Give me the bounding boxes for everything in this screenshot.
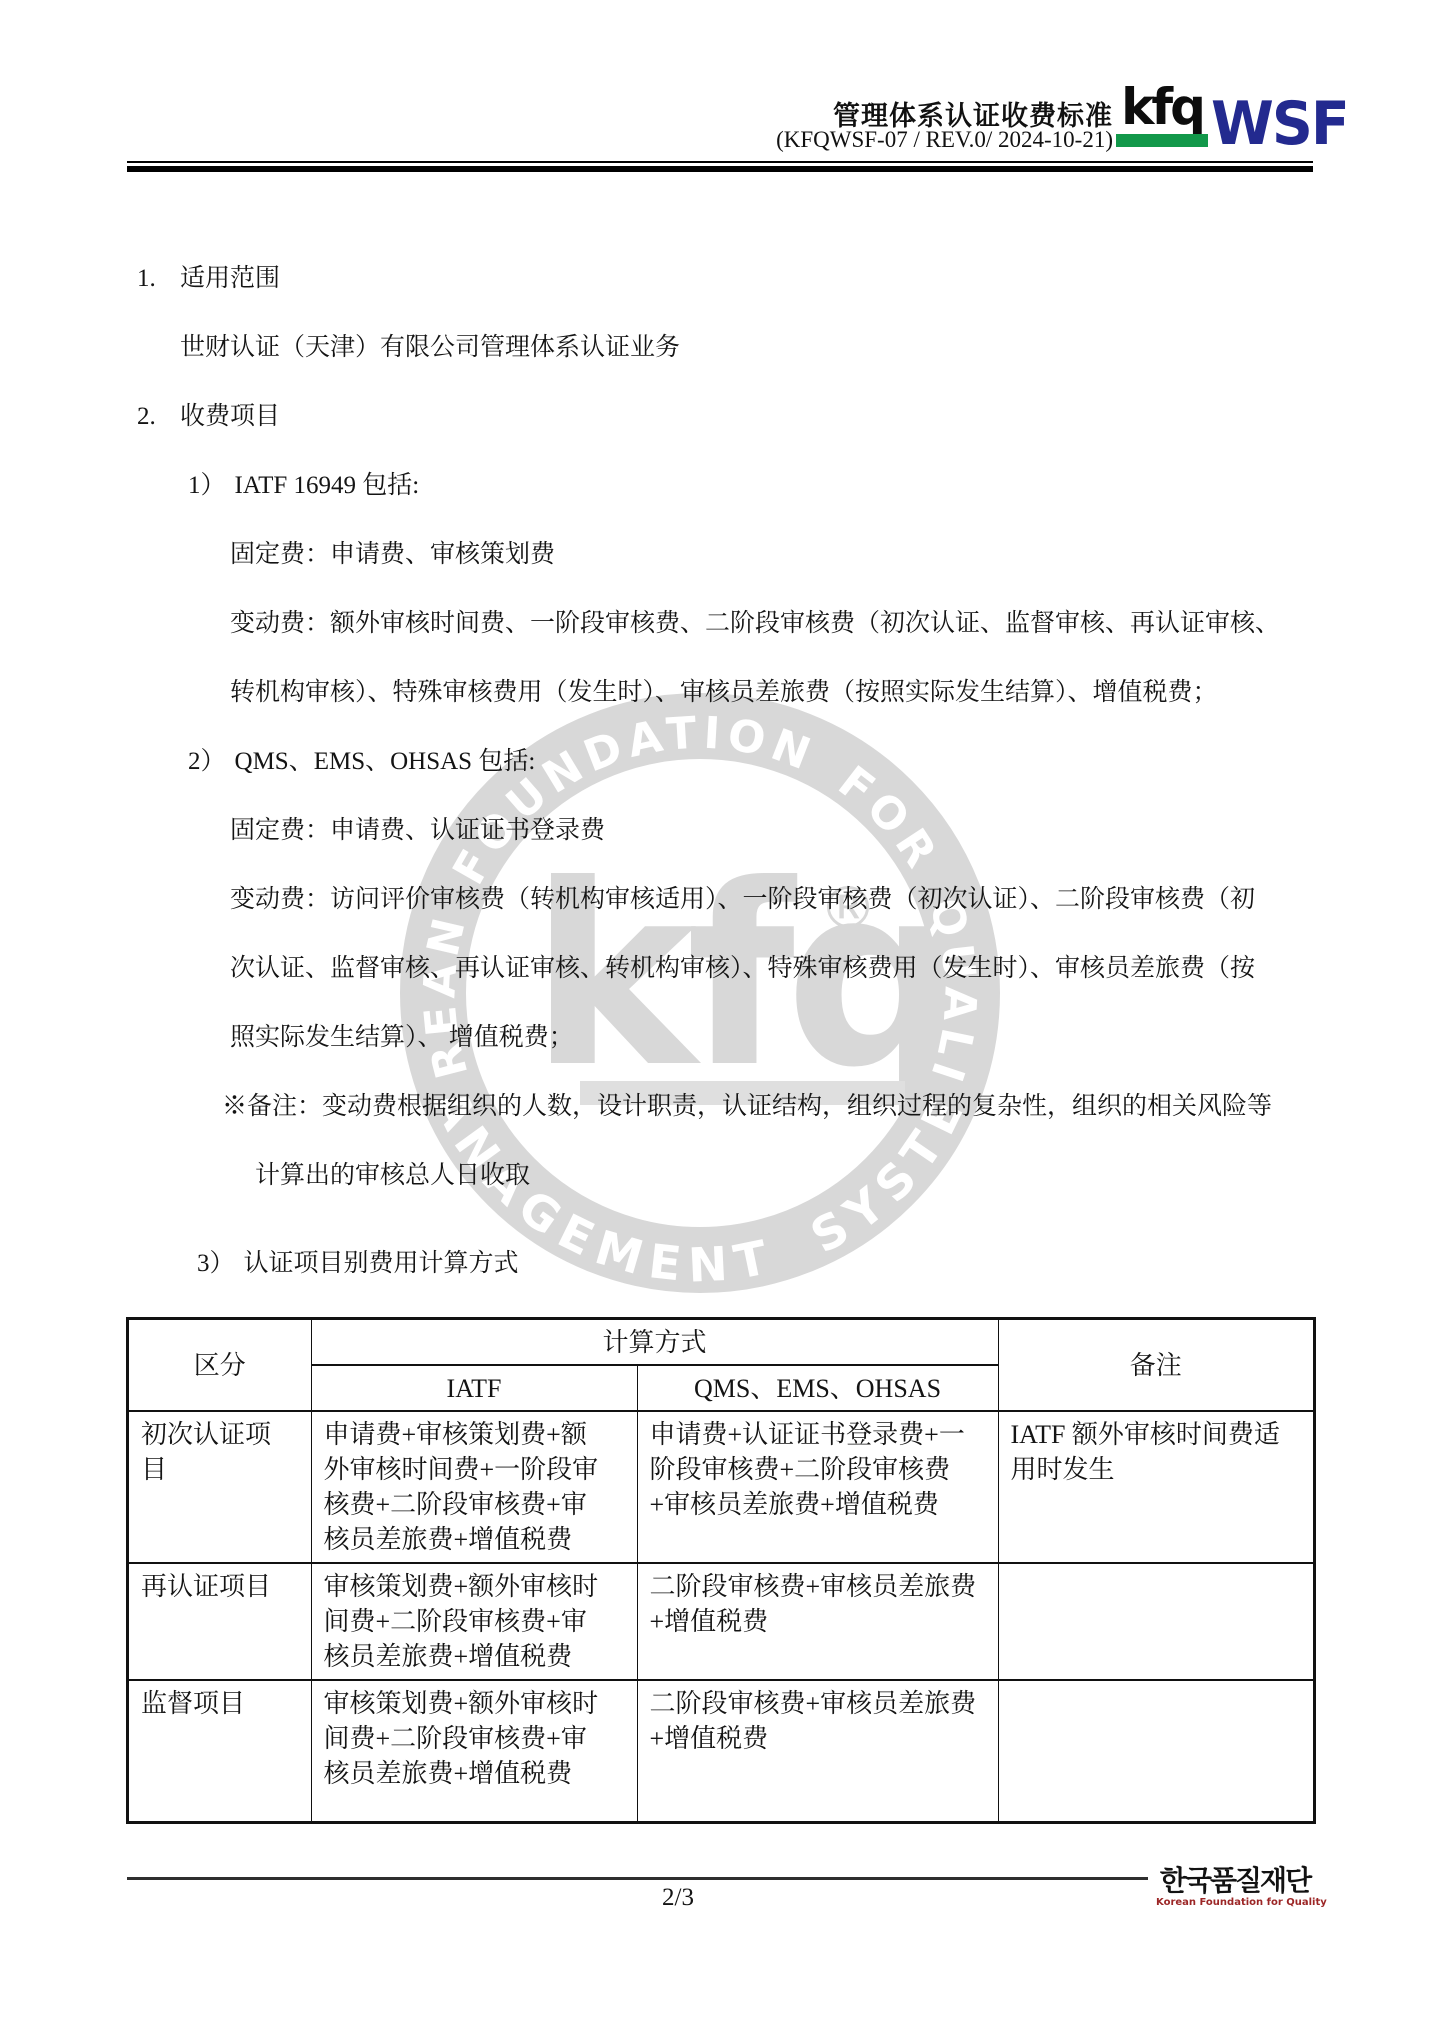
kfq-logo-text: kfq — [1121, 84, 1203, 130]
row1-category-cell: 初次认证项目 — [128, 1411, 311, 1563]
document-reference: (KFQWSF-07 / REV.0/ 2024-10-21) — [776, 127, 1113, 153]
remark-note-line2: 计算出的审核总人日收取 — [255, 1159, 530, 1193]
item-1-variable-fee-line1: 变动费：额外审核时间费、一阶段审核费、二阶段审核费（初次认证、监督审核、再认证审… — [230, 607, 1280, 641]
item-1-heading: 1）IATF 16949 包括: — [188, 469, 419, 503]
korean-foundation-logo-korean-text: 한국품질재단 — [1156, 1867, 1314, 1895]
section-1-title: 适用范围 — [180, 265, 280, 292]
item-1-fixed-fee: 固定费：申请费、审核策划费 — [230, 538, 555, 572]
section-2-heading: 2.收费项目 — [137, 400, 280, 434]
row3-category-cell: 监督项目 — [128, 1680, 311, 1822]
kfq-watermark-seal: kfq ® KOREAN FOUNDATION FOR QUALITY MANA… — [400, 693, 1000, 1293]
row2-iatf-cell: 审核策划费+额外审核时间费+二阶段审核费+审核员差旅费+增值税费 — [311, 1563, 637, 1680]
table-header-method: 计算方式 — [311, 1319, 998, 1365]
kfq-wsf-logo: kfq WSF — [1116, 84, 1348, 150]
fee-calculation-table: 区分 计算方式 备注 IATF QMS、EMS、OHSAS 初次认证项目 申请费… — [127, 1318, 1315, 1823]
row2-category-cell: 再认证项目 — [128, 1563, 311, 1680]
section-2-title: 收费项目 — [180, 403, 280, 430]
table-header-qms: QMS、EMS、OHSAS — [637, 1365, 998, 1411]
korean-foundation-logo: 한국품질재단 Korean Foundation for Quality — [1156, 1867, 1314, 1908]
table-header-category: 区分 — [128, 1319, 311, 1411]
item-3-heading: 3）认证项目别费用计算方式 — [197, 1247, 519, 1281]
table-header-row-1: 区分 计算方式 备注 — [128, 1319, 1314, 1365]
item-3-title: 认证项目别费用计算方式 — [244, 1250, 519, 1277]
header-rule-thin — [127, 161, 1313, 163]
item-2-title: QMS、EMS、OHSAS 包括: — [235, 748, 536, 775]
row2-qms-cell: 二阶段审核费+审核员差旅费+增值税费 — [637, 1563, 998, 1680]
row1-remark-cell: IATF 额外审核时间费适用时发生 — [998, 1411, 1314, 1563]
page-number: 2/3 — [578, 1884, 778, 1912]
item-3-number: 3） — [197, 1250, 235, 1277]
item-2-variable-fee-line2: 次认证、监督审核、再认证审核、转机构审核）、特殊审核费用（发生时）、审核员差旅费… — [230, 952, 1255, 986]
row2-remark-cell — [998, 1563, 1314, 1680]
row3-qms-cell: 二阶段审核费+审核员差旅费+增值税费 — [637, 1680, 998, 1822]
item-1-title: IATF 16949 包括: — [235, 472, 420, 499]
row1-qms-cell: 申请费+认证证书登录费+一阶段审核费+二阶段审核费+审核员差旅费+增值税费 — [637, 1411, 998, 1563]
section-2-number: 2. — [137, 400, 180, 434]
wsf-logo-text: WSF — [1211, 97, 1348, 152]
item-2-number: 2） — [188, 748, 226, 775]
footer-rule — [127, 1877, 1148, 1880]
row3-iatf-cell: 审核策划费+额外审核时间费+二阶段审核费+审核员差旅费+增值税费 — [311, 1680, 637, 1822]
remark-note-line1: ※备注：变动费根据组织的人数，设计职责，认证结构，组织过程的复杂性，组织的相关风… — [222, 1090, 1272, 1124]
table-row-surveillance: 监督项目 审核策划费+额外审核时间费+二阶段审核费+审核员差旅费+增值税费 二阶… — [128, 1680, 1314, 1822]
section-1-content: 世财认证（天津）有限公司管理体系认证业务 — [180, 331, 680, 365]
item-1-number: 1） — [188, 472, 226, 499]
kfq-logo-block: kfq — [1116, 84, 1208, 147]
item-1-variable-fee-line2: 转机构审核）、特殊审核费用（发生时）、审核员差旅费（按照实际发生结算）、增值税费… — [230, 676, 1218, 710]
document-page: kfq ® KOREAN FOUNDATION FOR QUALITY MANA… — [0, 0, 1440, 2036]
item-2-heading: 2）QMS、EMS、OHSAS 包括: — [188, 745, 535, 779]
table-row-initial-certification: 初次认证项目 申请费+审核策划费+额外审核时间费+一阶段审核费+二阶段审核费+审… — [128, 1411, 1314, 1563]
item-2-fixed-fee: 固定费：申请费、认证证书登录费 — [230, 814, 605, 848]
table-row-recertification: 再认证项目 审核策划费+额外审核时间费+二阶段审核费+审核员差旅费+增值税费 二… — [128, 1563, 1314, 1680]
item-2-variable-fee-line1: 变动费：访问评价审核费（转机构审核适用）、一阶段审核费（初次认证）、二阶段审核费… — [230, 883, 1255, 917]
row3-remark-cell — [998, 1680, 1314, 1822]
table-header-remark: 备注 — [998, 1319, 1314, 1411]
item-2-variable-fee-line3: 照实际发生结算）、 增值税费； — [230, 1021, 574, 1055]
table-header-iatf: IATF — [311, 1365, 637, 1411]
header-rule-thick — [127, 166, 1313, 172]
kfq-logo-green-bar — [1116, 134, 1208, 147]
row1-iatf-cell: 申请费+审核策划费+额外审核时间费+一阶段审核费+二阶段审核费+审核员差旅费+增… — [311, 1411, 637, 1563]
korean-foundation-logo-english-text: Korean Foundation for Quality — [1156, 1898, 1314, 1908]
section-1-heading: 1.适用范围 — [137, 262, 280, 296]
section-1-number: 1. — [137, 262, 180, 296]
